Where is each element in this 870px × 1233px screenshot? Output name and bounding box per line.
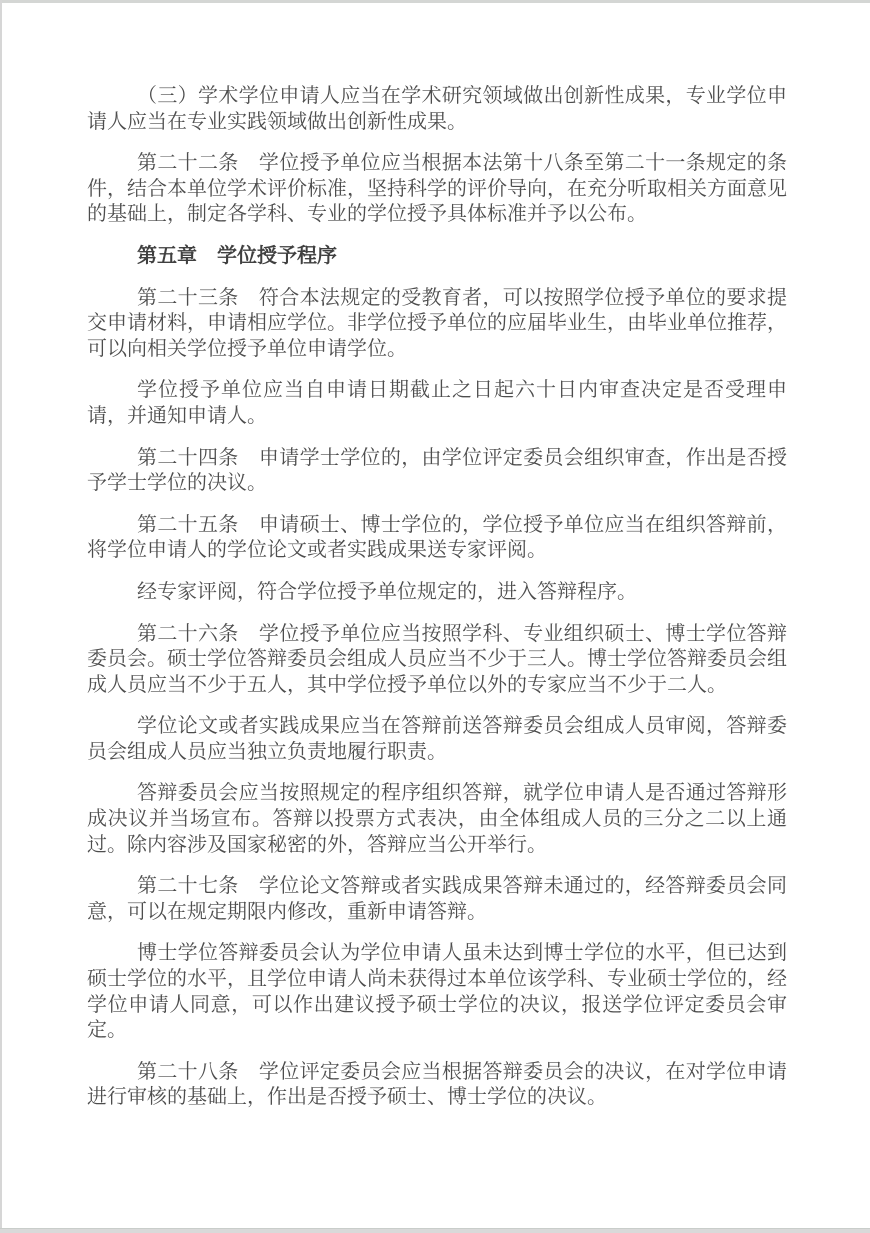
body-paragraph: （三）学术学位申请人应当在学术研究领域做出创新性成果，专业学位申请人应当在专业实… bbox=[87, 84, 787, 135]
body-paragraph: 第二十七条 学位论文答辩或者实践成果答辩未通过的，经答辩委员会同意，可以在规定期… bbox=[87, 874, 787, 925]
chapter-heading: 第五章 学位授予程序 bbox=[87, 244, 787, 270]
body-paragraph: 第二十四条 申请学士学位的，由学位评定委员会组织审查，作出是否授予学士学位的决议… bbox=[87, 446, 787, 497]
body-paragraph: 经专家评阅，符合学位授予单位规定的，进入答辩程序。 bbox=[87, 580, 787, 606]
body-paragraph: 学位论文或者实践成果应当在答辩前送答辩委员会组成人员审阅，答辩委员会组成人员应当… bbox=[87, 714, 787, 765]
body-paragraph: 答辩委员会应当按照规定的程序组织答辩，就学位申请人是否通过答辩形成决议并当场宣布… bbox=[87, 781, 787, 858]
document-text-block: （三）学术学位申请人应当在学术研究领域做出创新性成果，专业学位申请人应当在专业实… bbox=[87, 84, 787, 1111]
body-paragraph: 第二十三条 符合本法规定的受教育者，可以按照学位授予单位的要求提交申请材料，申请… bbox=[87, 286, 787, 363]
body-paragraph: 学位授予单位应当自申请日期截止之日起六十日内审查决定是否受理申请，并通知申请人。 bbox=[87, 378, 787, 429]
page-left-edge bbox=[0, 0, 2, 1233]
body-paragraph: 第二十二条 学位授予单位应当根据本法第十八条至第二十一条规定的条件，结合本单位学… bbox=[87, 151, 787, 228]
body-paragraph: 第二十五条 申请硕士、博士学位的，学位授予单位应当在组织答辩前，将学位申请人的学… bbox=[87, 513, 787, 564]
page-bottom-edge bbox=[0, 1228, 870, 1233]
body-paragraph: 第二十六条 学位授予单位应当按照学科、专业组织硕士、博士学位答辩委员会。硕士学位… bbox=[87, 622, 787, 699]
document-page: （三）学术学位申请人应当在学术研究领域做出创新性成果，专业学位申请人应当在专业实… bbox=[0, 0, 870, 1233]
page-top-edge bbox=[0, 0, 870, 3]
body-paragraph: 博士学位答辩委员会认为学位申请人虽未达到博士学位的水平，但已达到硕士学位的水平，… bbox=[87, 941, 787, 1043]
body-paragraph: 第二十八条 学位评定委员会应当根据答辩委员会的决议，在对学位申请进行审核的基础上… bbox=[87, 1060, 787, 1111]
